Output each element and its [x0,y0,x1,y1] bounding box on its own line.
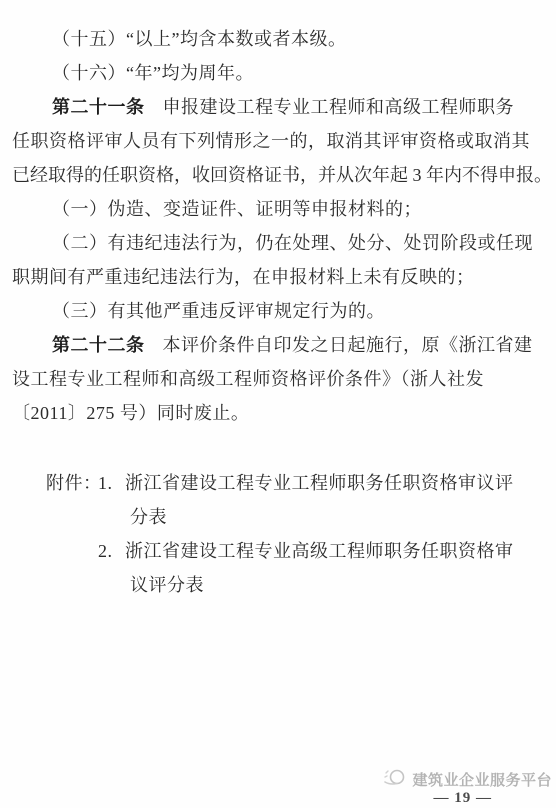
attachment-2-number: 2. [98,534,125,568]
article-22-line2: 设工程专业工程师和高级工程师资格评价条件》（浙人社发 [12,362,546,396]
article-21-item2-line1-text: （二）有违纪违法行为，仍在处理、处分、处罚阶段或任现 [52,233,533,253]
attachment-1-line2: 分表 [12,500,546,534]
article-22-line1-text: 本评价条件自印发之日起施行，原《浙江省建 [163,335,533,355]
article-22-line3: 〔2011〕275 号）同时废止。 [12,396,546,430]
article-21-item1-text: （一）伪造、变造证件、证明等申报材料的； [52,199,422,219]
article-21-item1: （一）伪造、变造证件、证明等申报材料的； [12,192,546,226]
attachment-1-number: 1. [98,466,125,500]
article-22-heading-line: 第二十二条本评价条件自印发之日起施行，原《浙江省建 [12,328,546,362]
attachments-block: 附件：1.浙江省建设工程专业工程师职务任职资格审议评 分表 2.浙江省建设工程专… [12,466,546,602]
article-22-title: 第二十二条 [52,335,145,355]
document-page: （十五）“以上”均含本数或者本级。 （十六）“年”均为周年。 第二十一条申报建设… [0,0,556,808]
article-21-item2-line1: （二）有违纪违法行为，仍在处理、处分、处罚阶段或任现 [12,226,546,260]
article-21-item2-line2: 职期间有严重违纪违法行为，在申报材料上未有反映的； [12,260,546,294]
attachment-2-line1: 2.浙江省建设工程专业高级工程师职务任职资格审 [12,534,546,568]
article-21-item2-line2-text: 职期间有严重违纪违法行为，在申报材料上未有反映的； [12,267,475,287]
clause-15-text: （十五）“以上”均含本数或者本级。 [52,29,346,49]
attachment-1-line1: 附件：1.浙江省建设工程专业工程师职务任职资格审议评 [12,466,546,500]
article-21-item3-text: （三）有其他严重违反评审规定行为的。 [52,301,385,321]
article-22-line3-text: 〔2011〕275 号）同时废止。 [12,403,249,423]
attachment-2-line2: 议评分表 [12,568,546,602]
attachment-1-line2-text: 分表 [130,507,167,527]
article-21-title: 第二十一条 [52,97,145,117]
article-22-line2-text: 设工程专业工程师和高级工程师资格评价条件》（浙人社发 [12,369,484,389]
article-21-line2-text: 任职资格评审人员有下列情形之一的，取消其评审资格或取消其 [12,131,530,151]
attachments-label: 附件： [46,466,98,500]
clause-16-text: （十六）“年”均为周年。 [52,63,254,83]
article-21-item3: （三）有其他严重违反评审规定行为的。 [12,294,546,328]
attachment-1-line1-text: 浙江省建设工程专业工程师职务任职资格审议评 [125,473,514,493]
document-body: （十五）“以上”均含本数或者本级。 （十六）“年”均为周年。 第二十一条申报建设… [12,22,546,602]
platform-logo-icon [382,767,408,791]
article-21-line1-text: 申报建设工程专业工程师和高级工程师职务 [163,97,515,117]
footer-brand-text: 建筑业企业服务平台 [412,769,552,790]
article-21-heading-line: 第二十一条申报建设工程专业工程师和高级工程师职务 [12,90,546,124]
attachment-2-line1-text: 浙江省建设工程专业高级工程师职务任职资格审 [125,541,514,561]
clause-16: （十六）“年”均为周年。 [12,56,546,90]
attachment-2-line2-text: 议评分表 [130,575,204,595]
clause-15: （十五）“以上”均含本数或者本级。 [12,22,546,56]
article-21-line2: 任职资格评审人员有下列情形之一的，取消其评审资格或取消其 [12,124,546,158]
page-number: — 19 — [434,790,493,807]
footer-brand: 建筑业企业服务平台 [382,767,552,791]
article-21-line3-text: 已经取得的任职资格，收回资格证书，并从次年起 3 年内不得申报。 [12,165,552,185]
article-21-line3: 已经取得的任职资格，收回资格证书，并从次年起 3 年内不得申报。 [12,158,546,192]
